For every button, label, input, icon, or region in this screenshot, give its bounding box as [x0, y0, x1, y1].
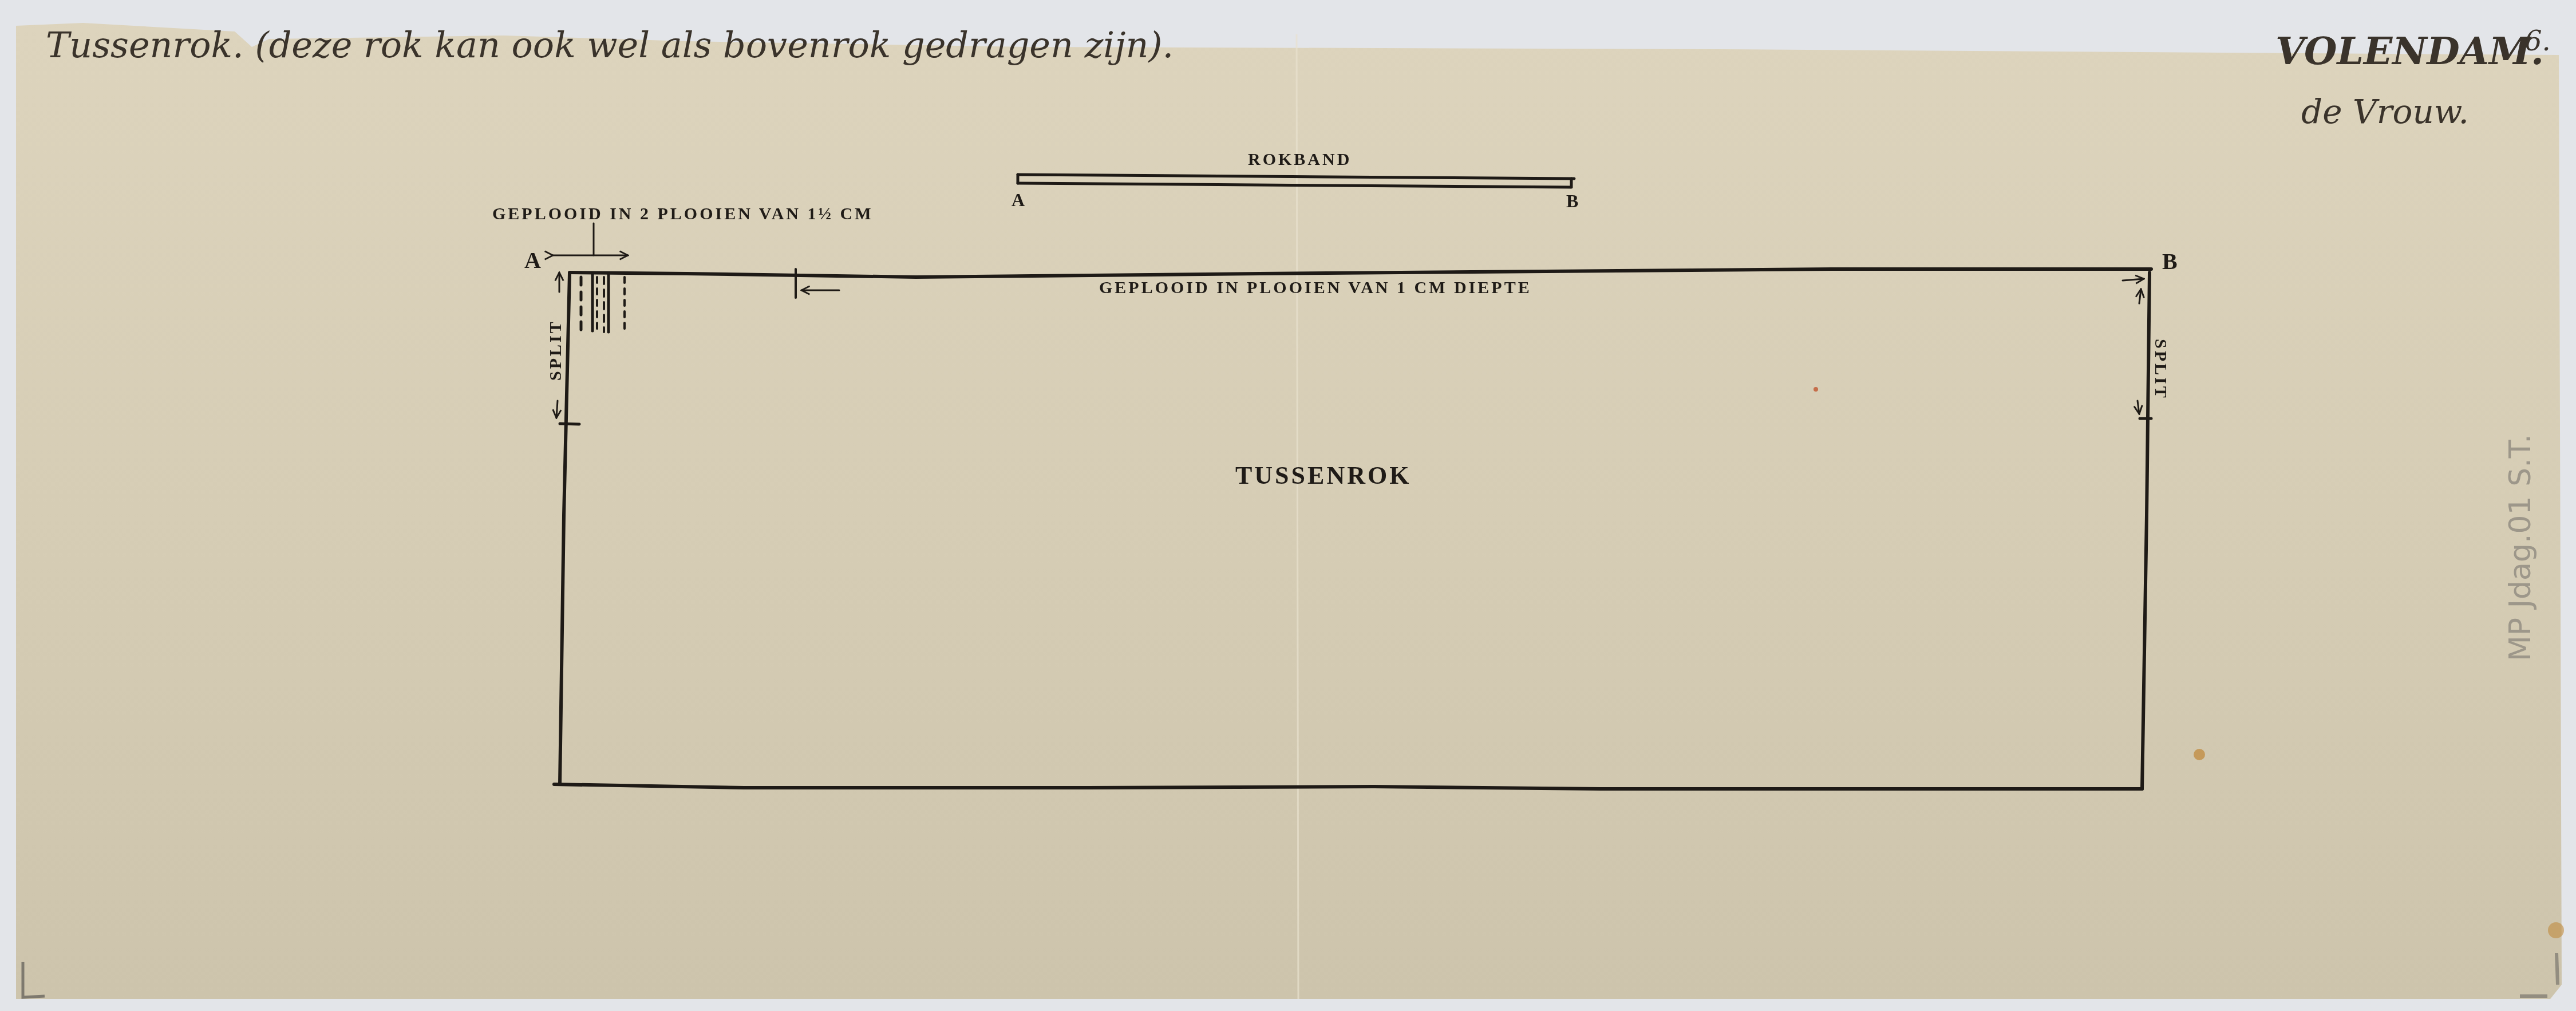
page-number: 6.: [2524, 25, 2551, 57]
corner-a-label: A: [524, 247, 543, 273]
subtitle: de Vrouw.: [2301, 92, 2469, 131]
pattern-sheet: Tussenrok. (deze rok kan ook wel als bov…: [0, 0, 2576, 1011]
waistband-label: ROKBAND: [1248, 150, 1352, 169]
right-split-label: SPLIT: [2151, 339, 2170, 400]
header-note: Tussenrok. (deze rok kan ook wel als bov…: [46, 24, 1174, 66]
corner-b-label: B: [2162, 248, 2180, 274]
waistband-start-label: A: [1012, 189, 1027, 210]
archive-pencil-note: MP Jdag.01 S.T.: [2503, 434, 2538, 661]
skirt-piece-label: TUSSENROK: [1235, 461, 1411, 489]
region-title: VOLENDAM.: [2275, 29, 2544, 73]
left-split-label: SPLIT: [546, 319, 565, 381]
corner-pleat-note: GEPLOOID IN 2 PLOOIEN VAN 1½ CM: [492, 204, 873, 223]
dot: [1814, 387, 1818, 392]
paper: [16, 23, 2562, 999]
waistband-end-label: B: [1566, 191, 1581, 211]
top-pleat-note: GEPLOOID IN PLOOIEN VAN 1 CM DIEPTE: [1099, 278, 1532, 297]
stain: [2194, 749, 2205, 760]
stain: [2548, 922, 2564, 938]
